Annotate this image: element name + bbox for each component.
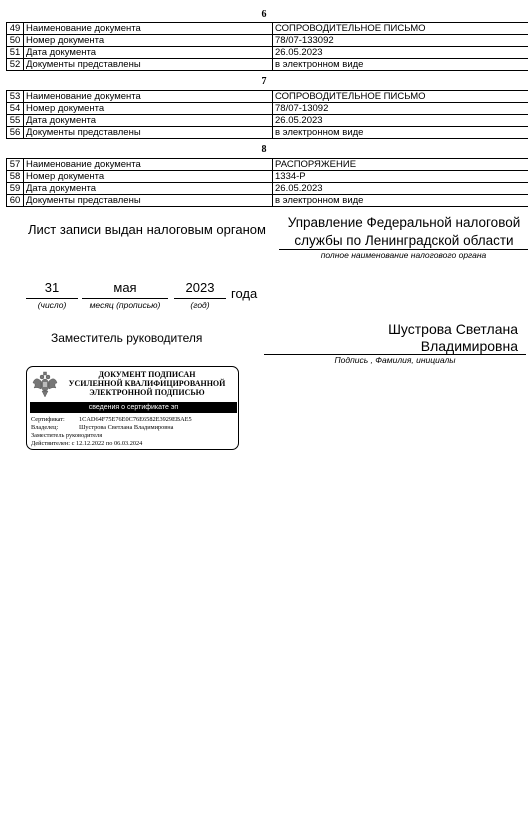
tax-authority-name-line-1: Управление Федеральной налоговой (280, 214, 528, 232)
row-key: Наименование документа (24, 91, 273, 103)
stamp-title-line-2: УСИЛЕННОЙ КВАЛИФИЦИРОВАННОЙ (57, 379, 237, 388)
date-month-caption: месяц (прописью) (82, 300, 168, 310)
record-table-section-7: 53Наименование документаСОПРОВОДИТЕЛЬНОЕ… (6, 90, 528, 139)
record-table-section-8: 57Наименование документаРАСПОРЯЖЕНИЕ 58Н… (6, 158, 528, 207)
date-year-underline (174, 298, 226, 299)
table-row: 50Номер документа78/07-133092 (7, 35, 528, 47)
row-number: 60 (7, 195, 24, 207)
row-key: Наименование документа (24, 23, 273, 35)
row-value: 78/07-13092 (273, 103, 528, 115)
tax-authority-name-line-2: службы по Ленинградской области (280, 232, 528, 250)
tax-authority-caption: полное наименование налогового органа (279, 250, 528, 260)
owner-label: Владелец: (31, 424, 79, 432)
row-value: в электронном виде (273, 195, 528, 207)
date-month: мая (82, 280, 168, 295)
row-value: 26.05.2023 (273, 47, 528, 59)
tax-authority-name: Управление Федеральной налоговой службы … (280, 214, 528, 250)
signer-position: Заместитель руководителя (51, 331, 202, 345)
row-value: СОПРОВОДИТЕЛЬНОЕ ПИСЬМО (273, 91, 528, 103)
row-key: Документы представлены (24, 195, 273, 207)
stamp-title-line-1: ДОКУМЕНТ ПОДПИСАН (57, 370, 237, 379)
row-key: Наименование документа (24, 159, 273, 171)
row-number: 51 (7, 47, 24, 59)
stamp-certificate-header: сведения о сертификате эп (30, 402, 237, 413)
row-number: 55 (7, 115, 24, 127)
date-year-caption: (год) (174, 300, 226, 310)
signature-caption: Подпись , Фамилия, инициалы (264, 355, 526, 365)
certificate-label: Сертификат: (31, 416, 79, 424)
row-value: РАСПОРЯЖЕНИЕ (273, 159, 528, 171)
row-number: 54 (7, 103, 24, 115)
section-number: 6 (0, 9, 528, 20)
row-number: 53 (7, 91, 24, 103)
row-value: 78/07-133092 (273, 35, 528, 47)
row-number: 49 (7, 23, 24, 35)
electronic-signature-stamp: ДОКУМЕНТ ПОДПИСАН УСИЛЕННОЙ КВАЛИФИЦИРОВ… (26, 366, 239, 450)
stamp-owner-row: Владелец:Шустрова Светлана Владимировна (31, 424, 192, 432)
signer-name-line-1: Шустрова Светлана (264, 321, 518, 338)
date-month-underline (82, 298, 168, 299)
signer-name: Шустрова Светлана Владимировна (264, 321, 518, 355)
row-number: 52 (7, 59, 24, 71)
stamp-title: ДОКУМЕНТ ПОДПИСАН УСИЛЕННОЙ КВАЛИФИЦИРОВ… (57, 370, 237, 397)
row-value: 26.05.2023 (273, 115, 528, 127)
row-value: 26.05.2023 (273, 183, 528, 195)
table-row: 55Дата документа26.05.2023 (7, 115, 528, 127)
row-key: Дата документа (24, 115, 273, 127)
certificate-value: 1CAD64F75E76E0C76E6582E3929EBAE5 (79, 416, 192, 423)
table-row: 57Наименование документаРАСПОРЯЖЕНИЕ (7, 159, 528, 171)
stamp-certificate-details: Сертификат:1CAD64F75E76E0C76E6582E3929EB… (31, 416, 192, 448)
table-row: 51Дата документа26.05.2023 (7, 47, 528, 59)
stamp-owner-position: Заместитель руководителя (31, 432, 192, 440)
table-row: 56Документы представленыв электронном ви… (7, 127, 528, 139)
table-row: 54Номер документа78/07-13092 (7, 103, 528, 115)
owner-value: Шустрова Светлана Владимировна (79, 424, 173, 431)
russian-coat-of-arms-icon (31, 369, 59, 399)
date-day-caption: (число) (26, 300, 78, 310)
row-number: 57 (7, 159, 24, 171)
row-value: 1334-Р (273, 171, 528, 183)
year-word: года (231, 286, 257, 301)
table-row: 60Документы представленыв электронном ви… (7, 195, 528, 207)
row-key: Дата документа (24, 183, 273, 195)
table-row: 53Наименование документаСОПРОВОДИТЕЛЬНОЕ… (7, 91, 528, 103)
stamp-validity-row: Действителен: с 12.12.2022 по 06.03.2024 (31, 440, 192, 448)
row-number: 58 (7, 171, 24, 183)
table-row: 58Номер документа1334-Р (7, 171, 528, 183)
row-number: 59 (7, 183, 24, 195)
row-value: в электронном виде (273, 59, 528, 71)
validity-label: Действителен: (31, 440, 70, 447)
row-value: в электронном виде (273, 127, 528, 139)
table-row: 52Документы представленыв электронном ви… (7, 59, 528, 71)
row-key: Номер документа (24, 35, 273, 47)
signer-name-line-2: Владимировна (264, 338, 518, 355)
validity-value: с 12.12.2022 по 06.03.2024 (72, 440, 143, 447)
row-key: Дата документа (24, 47, 273, 59)
stamp-title-line-3: ЭЛЕКТРОННОЙ ПОДПИСЬЮ (57, 388, 237, 397)
row-key: Документы представлены (24, 59, 273, 71)
record-table-section-6: 49Наименование документаСОПРОВОДИТЕЛЬНОЕ… (6, 22, 528, 71)
section-number: 8 (0, 144, 528, 155)
date-year: 2023 (174, 280, 226, 295)
date-day: 31 (26, 280, 78, 295)
table-row: 49Наименование документаСОПРОВОДИТЕЛЬНОЕ… (7, 23, 528, 35)
stamp-certificate-row: Сертификат:1CAD64F75E76E0C76E6582E3929EB… (31, 416, 192, 424)
table-row: 59Дата документа26.05.2023 (7, 183, 528, 195)
row-key: Номер документа (24, 171, 273, 183)
section-number: 7 (0, 76, 528, 87)
row-value: СОПРОВОДИТЕЛЬНОЕ ПИСЬМО (273, 23, 528, 35)
row-number: 56 (7, 127, 24, 139)
issued-by-label: Лист записи выдан налоговым органом (28, 222, 266, 237)
row-number: 50 (7, 35, 24, 47)
date-day-underline (26, 298, 78, 299)
row-key: Документы представлены (24, 127, 273, 139)
row-key: Номер документа (24, 103, 273, 115)
